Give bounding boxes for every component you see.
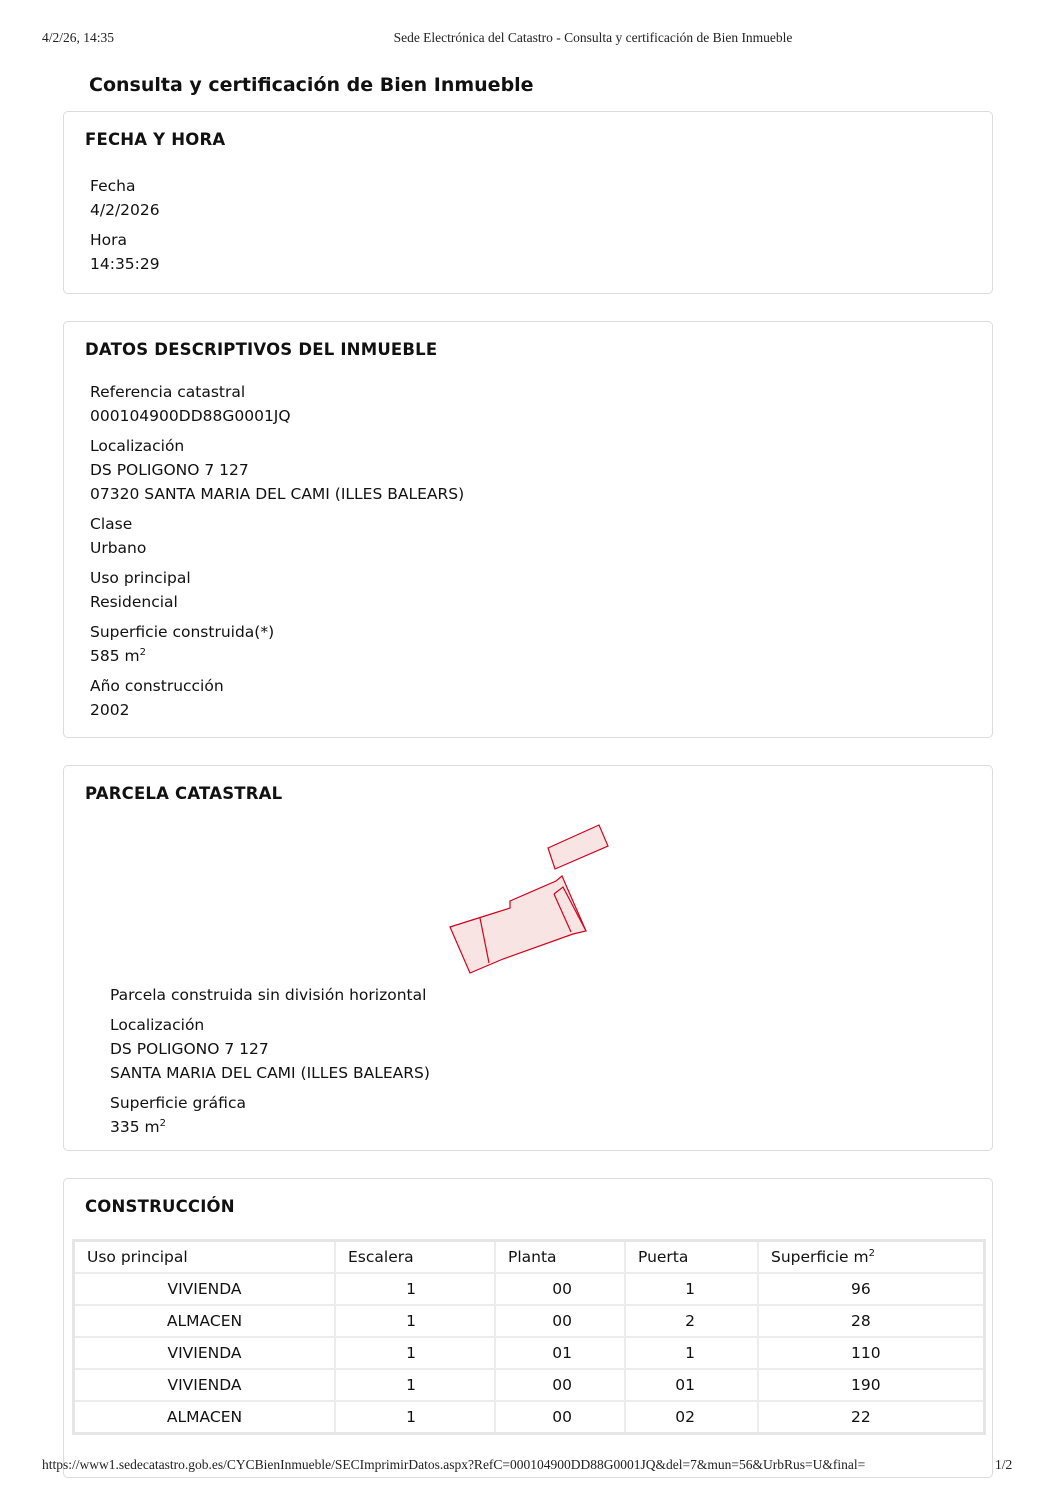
page-title: Consulta y certificación de Bien Inmuebl…	[89, 74, 534, 96]
superficie-number: 585 m	[90, 647, 140, 665]
cell-superficie: 110	[758, 1337, 985, 1369]
panel-parcela-catastral: PARCELA CATASTRAL Parcela construida sin…	[63, 765, 993, 1151]
anio-label: Año construcción	[90, 674, 464, 698]
anio-value: 2002	[90, 698, 464, 722]
col-uso: Uso principal	[74, 1241, 336, 1274]
uso-label: Uso principal	[90, 566, 464, 590]
col-planta: Planta	[495, 1241, 625, 1274]
cell-uso: VIVIENDA	[74, 1337, 336, 1369]
referencia-value: 000104900DD88G0001JQ	[90, 404, 464, 428]
parcela-superficie-number: 335 m	[110, 1118, 160, 1136]
fecha-hora-fields: Fecha 4/2/2026 Hora 14:35:29	[90, 174, 160, 276]
panel-heading: FECHA Y HORA	[85, 130, 225, 149]
print-page-number: 1/2	[995, 1457, 1012, 1473]
table-row: VIVIENDA10001190	[74, 1369, 985, 1401]
parcela-superficie-label: Superficie gráfica	[110, 1091, 430, 1115]
cell-planta: 00	[495, 1369, 625, 1401]
localizacion-line2: 07320 SANTA MARIA DEL CAMI (ILLES BALEAR…	[90, 482, 464, 506]
datos-fields: Referencia catastral 000104900DD88G0001J…	[90, 380, 464, 722]
parcel-map-image	[444, 821, 614, 986]
cell-escalera: 1	[335, 1337, 495, 1369]
table-header-row: Uso principal Escalera Planta Puerta Sup…	[74, 1241, 985, 1274]
col-superficie-exponent: 2	[869, 1248, 875, 1259]
print-url: https://www1.sedecatastro.gob.es/CYCBien…	[42, 1457, 865, 1473]
parcela-localizacion-line1: DS POLIGONO 7 127	[110, 1037, 430, 1061]
cell-puerta: 2	[625, 1305, 758, 1337]
print-title: Sede Electrónica del Catastro - Consulta…	[0, 30, 1058, 46]
panel-datos-descriptivos: DATOS DESCRIPTIVOS DEL INMUEBLE Referenc…	[63, 321, 993, 738]
cell-uso: VIVIENDA	[74, 1273, 336, 1305]
parcel-annex-north	[548, 825, 608, 869]
cell-planta: 00	[495, 1273, 625, 1305]
fecha-label: Fecha	[90, 174, 160, 198]
cell-uso: ALMACEN	[74, 1305, 336, 1337]
parcel-main-building	[450, 876, 586, 973]
clase-label: Clase	[90, 512, 464, 536]
col-superficie-label: Superficie m	[771, 1248, 869, 1266]
cell-planta: 00	[495, 1305, 625, 1337]
panel-construccion: CONSTRUCCIÓN Uso principal Escalera Plan…	[63, 1178, 993, 1478]
referencia-label: Referencia catastral	[90, 380, 464, 404]
panel-fecha-hora: FECHA Y HORA Fecha 4/2/2026 Hora 14:35:2…	[63, 111, 993, 294]
cell-puerta: 01	[625, 1369, 758, 1401]
hora-value: 14:35:29	[90, 252, 160, 276]
table-row: VIVIENDA1011110	[74, 1337, 985, 1369]
panel-heading: DATOS DESCRIPTIVOS DEL INMUEBLE	[85, 340, 437, 359]
hora-label: Hora	[90, 228, 160, 252]
col-superficie: Superficie m2	[758, 1241, 985, 1274]
localizacion-line1: DS POLIGONO 7 127	[90, 458, 464, 482]
table-row: ALMACEN1000222	[74, 1401, 985, 1434]
fecha-value: 4/2/2026	[90, 198, 160, 222]
table-row: VIVIENDA100196	[74, 1273, 985, 1305]
cell-planta: 00	[495, 1401, 625, 1434]
cell-planta: 01	[495, 1337, 625, 1369]
parcela-localizacion-label: Localización	[110, 1013, 430, 1037]
cell-escalera: 1	[335, 1401, 495, 1434]
panel-heading: CONSTRUCCIÓN	[85, 1197, 235, 1216]
cell-superficie: 22	[758, 1401, 985, 1434]
col-puerta: Puerta	[625, 1241, 758, 1274]
cell-uso: ALMACEN	[74, 1401, 336, 1434]
cell-puerta: 1	[625, 1273, 758, 1305]
cell-escalera: 1	[335, 1369, 495, 1401]
clase-value: Urbano	[90, 536, 464, 560]
superficie-label: Superficie construida(*)	[90, 620, 464, 644]
cell-superficie: 190	[758, 1369, 985, 1401]
parcela-fields: Parcela construida sin división horizont…	[110, 983, 430, 1139]
cell-puerta: 1	[625, 1337, 758, 1369]
construccion-table: Uso principal Escalera Planta Puerta Sup…	[72, 1239, 986, 1435]
cell-superficie: 28	[758, 1305, 985, 1337]
parcela-superficie-exponent: 2	[160, 1118, 166, 1129]
parcela-tipo: Parcela construida sin división horizont…	[110, 983, 430, 1007]
superficie-value: 585 m2	[90, 644, 464, 668]
cell-superficie: 96	[758, 1273, 985, 1305]
col-escalera: Escalera	[335, 1241, 495, 1274]
parcela-localizacion-line2: SANTA MARIA DEL CAMI (ILLES BALEARS)	[110, 1061, 430, 1085]
cell-escalera: 1	[335, 1305, 495, 1337]
parcela-superficie-value: 335 m2	[110, 1115, 430, 1139]
table-row: ALMACEN100228	[74, 1305, 985, 1337]
superficie-exponent: 2	[140, 647, 146, 658]
localizacion-label: Localización	[90, 434, 464, 458]
cell-uso: VIVIENDA	[74, 1369, 336, 1401]
uso-value: Residencial	[90, 590, 464, 614]
panel-heading: PARCELA CATASTRAL	[85, 784, 282, 803]
cell-escalera: 1	[335, 1273, 495, 1305]
cell-puerta: 02	[625, 1401, 758, 1434]
